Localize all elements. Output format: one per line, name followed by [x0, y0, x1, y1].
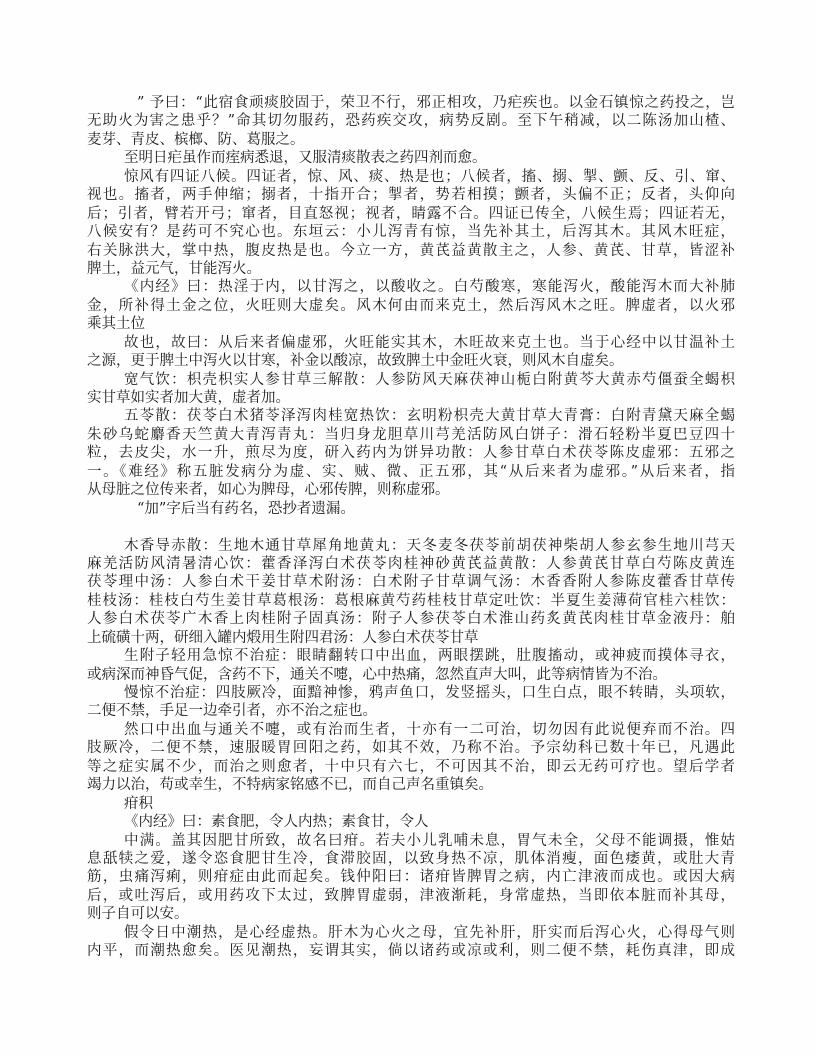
document-page: ” 予曰：“此宿食顽痰胶固于，荣卫不行，邪正相攻，乃疟疾也。以金石镇惊之药投之，… [0, 0, 816, 1056]
text-line: 上硫磺十两，研细入罐内煅用生附四君汤：人参白术茯苓甘草 [87, 629, 735, 647]
text-line: 二便不禁，手足一边牵引者，亦不治之症也。 [87, 702, 735, 720]
text-line: 五苓散：茯苓白术猪苓泽泻肉桂宽热饮：玄明粉枳壳大黄甘草大青膏：白附青黛天麻全蝎 [87, 407, 735, 425]
text-line: 故也，故曰：从后来者偏虚邪，火旺能实其木，木旺故来克土也。当于心经中以甘温补土 [87, 334, 735, 352]
text-line: 筋，虫痛泻痢，则疳症由此而起矣。钱仲阳曰：诸疳皆脾胃之病，内亡津液而成也。或因大… [87, 868, 735, 886]
text-line: 麻羌活防风清暑清心饮：藿香泽泻白术茯苓肉桂神砂黄芪益黄散：人参黄芪甘草白芍陈皮黄… [87, 555, 735, 573]
text-line: 《内经》曰：素食肥，令人内热；素食甘，令人 [87, 813, 735, 831]
text-line: 慢惊不治症：四肢厥冷，面黯神惨，鸦声鱼口，发竖摇头，口生白点，眼不转睛，头项软， [87, 684, 735, 702]
text-column: ” 予曰：“此宿食顽痰胶固于，荣卫不行，邪正相攻，乃疟疾也。以金石镇惊之药投之，… [87, 94, 735, 961]
text-line: 木香导赤散：生地木通甘草犀角地黄丸：天冬麦冬茯苓前胡茯神柴胡人参玄参生地川芎天 [87, 537, 735, 555]
text-line: 人参白术茯苓广木香上肉桂附子固真汤：附子人参茯苓白术淮山药炙黄芪肉桂甘草金液丹：… [87, 610, 735, 628]
text-line: 后；引者，臂若开弓；窜者，目直怒视；视者，睛露不合。四证已传全，八候生焉；四证若… [87, 205, 735, 223]
text-line: 则子自可以安。 [87, 905, 735, 923]
text-line: 粒，去皮尖，水一升，煎尽为度，研入药内为饼异功散：人参甘草白术茯苓陈皮虚邪：五邪… [87, 444, 735, 462]
text-line: “加”字后当有药名，恐抄者遗漏。 [87, 500, 735, 518]
text-line: 视也。搐者，两手伸缩；搦者，十指开合；掣者，势若相摸；颤者，头偏不正；反者，头仰… [87, 186, 735, 204]
text-line: 中满。盖其因肥甘所致，故名曰疳。若夫小儿乳哺未息，胃气未全，父母不能调摄，惟姑 [87, 832, 735, 850]
text-line: 或病深而神昏气促，含药不下，通关不嚏，心中热痛，忽然直声大叫，此等病情皆为不治。 [87, 666, 735, 684]
text-line: 金，所补得土金之位，火旺则大虚矣。风木何由而来克土，然后泻风木之旺。脾虚者，以火… [87, 297, 735, 315]
text-line: 朱砂乌蛇麝香天竺黄大青泻青丸：当归身龙胆草川芎羌活防风白饼子：滑石轻粉半夏巴豆四… [87, 426, 735, 444]
text-line: 脾土，益元气，甘能泻火。 [87, 260, 735, 278]
text-line: 麦芽、青皮、槟榔、防、葛服之。 [87, 131, 735, 149]
text-line: 之源，更于脾土中泻火以甘寒，补金以酸凉，故致脾土中金旺火衰，则风木自虚矣。 [87, 352, 735, 370]
text-line: ” 予曰：“此宿食顽痰胶固于，荣卫不行，邪正相攻，乃疟疾也。以金石镇惊之药投之，… [87, 94, 735, 112]
text-line: 实甘草如实者加大黄，虚者加。 [87, 389, 735, 407]
text-line: 乘其土位 [87, 315, 735, 333]
text-line: 右关脉洪大，掌中热，腹皮热是也。今立一方，黄芪益黄散主之，人参、黄芪、甘草，皆涩… [87, 242, 735, 260]
text-line: 《内经》曰：热淫于内，以甘泻之，以酸收之。白芍酸寒，寒能泻火，酸能泻木而大补肺 [87, 278, 735, 296]
text-line: 一。《难经》称五脏发病分为虚、实、贼、微、正五邪，其“从后来者为虚邪。”从后来者… [87, 463, 735, 481]
text-line: 桂枝汤：桂枝白芍生姜甘草葛根汤：葛根麻黄芍药桂枝甘草定吐饮：半夏生姜薄荷官桂六桂… [87, 592, 735, 610]
text-line: 竭力以治，苟或幸生，不特病家铭感不已，而自己声名重镇矣。 [87, 776, 735, 794]
blank-line [87, 518, 735, 536]
text-line: 无助火为害之患乎？”命其切勿服药，恐药疾交攻，病势反剧。至下午稍减，以二陈汤加山… [87, 112, 735, 130]
text-line: 惊风有四证八候。四证者，惊、风、痰、热是也；八候者，搐、搦、掣、颤、反、引、窜、 [87, 168, 735, 186]
text-line: 从母脏之位传来者，如心为脾母，心邪传脾，则称虚邪。 [87, 481, 735, 499]
text-line: 生附子轻用急惊不治症：眼睛翻转口中出血，两眼摆跳，肚腹搐动，或神疲而摸体寻衣， [87, 647, 735, 665]
text-line: 疳积 [87, 795, 735, 813]
text-line: 假令日中潮热，是心经虚热。肝木为心火之母，宜先补肝，肝实而后泻心火，心得母气则 [87, 924, 735, 942]
text-line: 然口中出血与通关不嚏，或有治而生者，十亦有一二可治，切勿因有此说便弃而不治。四 [87, 721, 735, 739]
text-line: 宽气饮：枳壳枳实人参甘草三解散：人参防风天麻茯神山栀白附黄芩大黄赤芍僵蚕全蝎枳 [87, 371, 735, 389]
text-line: 内平，而潮热愈矣。医见潮热，妄谓其实，倘以诸药或凉或利，则二便不禁，耗伤真津，即… [87, 942, 735, 960]
text-line: 八候安有？是药可不究心也。东垣云：小儿泻青有惊，当先补其土，后泻其木。其风木旺症… [87, 223, 735, 241]
text-line: 茯苓理中汤：人参白术干姜甘草术附汤：白术附子甘草调气汤：木香香附人参陈皮藿香甘草… [87, 573, 735, 591]
text-line: 后，或吐泻后，或用药攻下太过，致脾胃虚弱，津液渐耗，身常虚热，当即依本脏而补其母… [87, 887, 735, 905]
text-line: 至明日疟虽作而痓病悉退，又服清痰散表之药四剂而愈。 [87, 149, 735, 167]
text-line: 等之症实属不少，而治之则愈者，十中只有六七，不可因其不治，即云无药可疗也。望后学… [87, 758, 735, 776]
text-line: 肢厥冷，二便不禁，速服暖胃回阳之药，如其不效，乃称不治。予宗幼科已数十年已，凡遇… [87, 739, 735, 757]
text-line: 息舐犊之爱，遂令恣食肥甘生冷，食滞胶固，以致身热不凉，肌体消瘦，面色痿黄，或肚大… [87, 850, 735, 868]
